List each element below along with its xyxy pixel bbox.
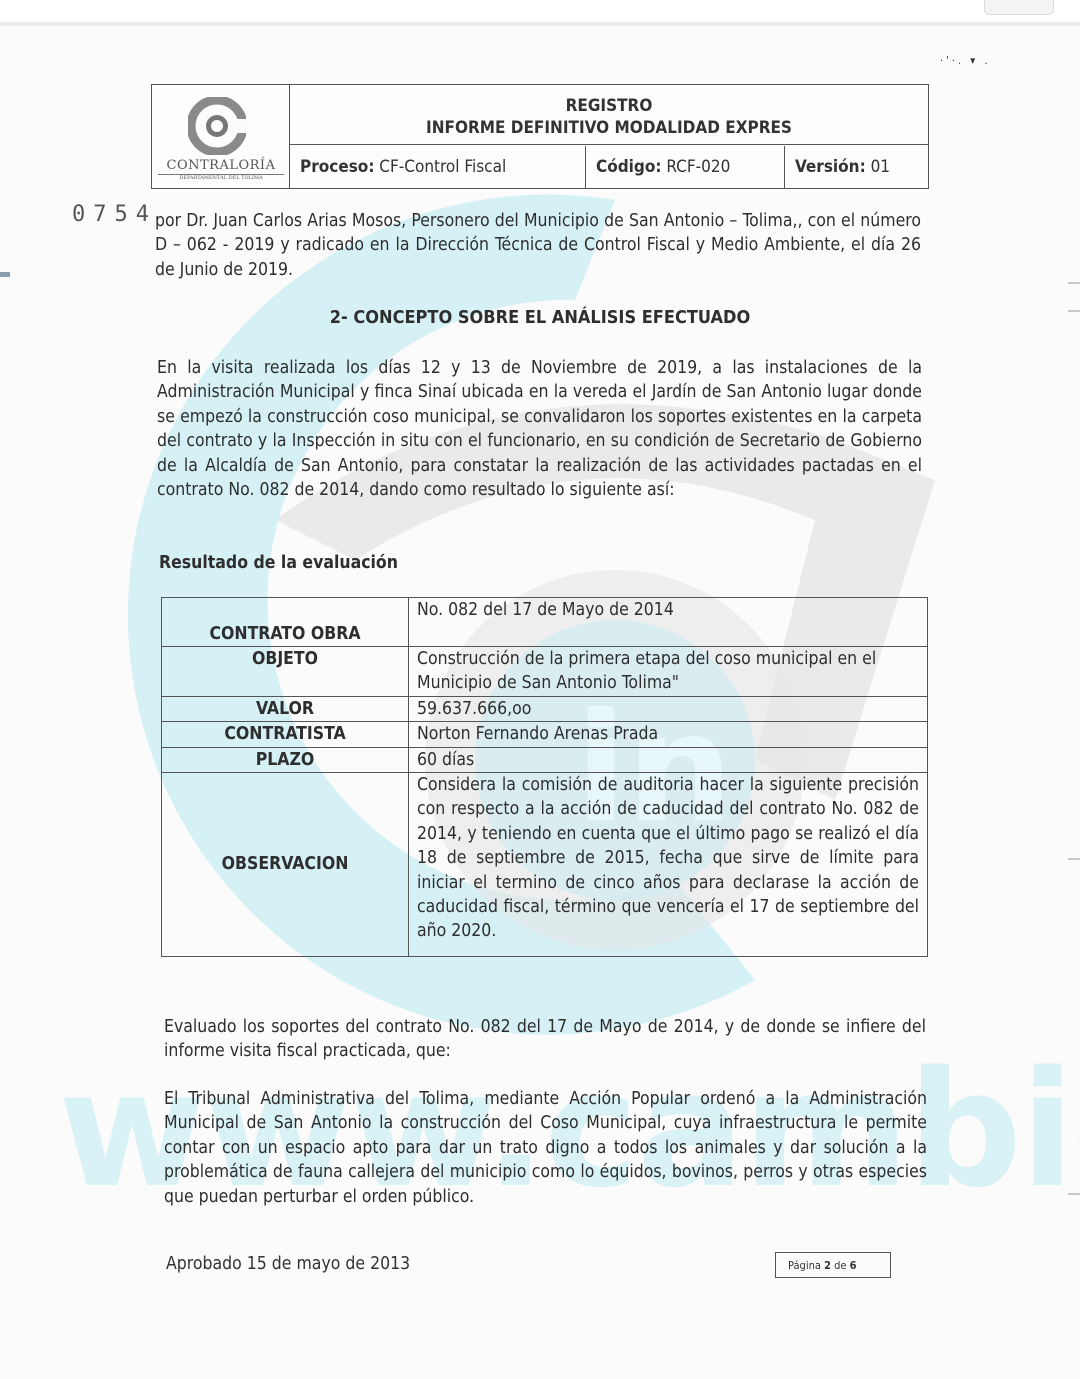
proceso-cell: Proceso: CF-Control Fiscal: [290, 146, 586, 188]
row-label: VALOR: [162, 696, 409, 721]
row-label: CONTRATISTA: [162, 722, 409, 747]
codigo-value: RCF-020: [666, 157, 730, 177]
proceso-value: CF-Control Fiscal: [379, 157, 506, 177]
version-label: Versión:: [795, 157, 866, 177]
page-indicator: Página 2 de 6: [775, 1252, 891, 1278]
row-value: 59.637.666,oo: [409, 696, 928, 721]
table-row: PLAZO 60 días: [162, 747, 928, 772]
title-line-1: REGISTRO: [290, 95, 928, 117]
viewer-top-bar: [0, 0, 1080, 26]
proceso-label: Proceso:: [300, 157, 374, 177]
row-label: PLAZO: [162, 747, 409, 772]
table-row: OBJETO Construcción de la primera etapa …: [162, 647, 928, 697]
approval-date: Aprobado 15 de mayo de 2013: [166, 1254, 410, 1274]
table-row: CONTRATO OBRA No. 082 del 17 de Mayo de …: [162, 598, 928, 647]
page-label: Página: [788, 1259, 821, 1272]
logo-name: CONTRALORÍA: [158, 158, 284, 173]
row-label: OBSERVACION: [162, 773, 409, 957]
row-value: 60 días: [409, 747, 928, 772]
title-line-2: INFORME DEFINITIVO MODALIDAD EXPRES: [290, 117, 928, 139]
tribunal-paragraph: El Tribunal Administrativa del Tolima, m…: [164, 1087, 927, 1209]
page-of: de: [834, 1259, 846, 1272]
table-row: CONTRATISTA Norton Fernando Arenas Prada: [162, 722, 928, 747]
stamp-number: 0754: [72, 202, 157, 227]
version-cell: Versión: 01: [785, 146, 928, 188]
row-label: OBJETO: [162, 647, 409, 697]
row-value: No. 082 del 17 de Mayo de 2014: [409, 598, 928, 647]
scan-specks: ·'·. ▾ .: [940, 54, 991, 67]
page-edge-marker: [1068, 858, 1080, 860]
row-value: Norton Fernando Arenas Prada: [409, 722, 928, 747]
results-table: CONTRATO OBRA No. 082 del 17 de Mayo de …: [161, 597, 928, 957]
evaluation-paragraph: Evaluado los soportes del contrato No. 0…: [164, 1015, 926, 1064]
contraloria-logo: CONTRALORÍA DEPARTAMENTAL DEL TOLIMA: [152, 85, 290, 188]
row-value: Considera la comisión de auditoria hacer…: [409, 773, 928, 957]
codigo-label: Código:: [596, 157, 662, 177]
viewer-menu-handle[interactable]: [984, 0, 1054, 15]
table-row: OBSERVACION Considera la comisión de aud…: [162, 773, 928, 957]
intro-paragraph: por Dr. Juan Carlos Arias Mosos, Persone…: [155, 209, 921, 282]
visit-paragraph: En la visita realizada los días 12 y 13 …: [157, 356, 922, 502]
results-heading: Resultado de la evaluación: [159, 553, 398, 573]
document-header: CONTRALORÍA DEPARTAMENTAL DEL TOLIMA REG…: [151, 84, 929, 189]
page-total: 6: [850, 1259, 857, 1272]
table-row: VALOR 59.637.666,oo: [162, 696, 928, 721]
page-edge-marker: [0, 272, 10, 277]
version-value: 01: [871, 157, 890, 177]
document-title: REGISTRO INFORME DEFINITIVO MODALIDAD EX…: [290, 85, 928, 145]
page-edge-marker: [1068, 282, 1080, 284]
contraloria-emblem-icon: [188, 97, 246, 155]
row-label: CONTRATO OBRA: [162, 598, 409, 647]
page-edge-marker: [1068, 310, 1080, 312]
logo-subtitle: DEPARTAMENTAL DEL TOLIMA: [158, 174, 284, 181]
codigo-cell: Código: RCF-020: [586, 146, 785, 188]
page-current: 2: [824, 1259, 831, 1272]
row-value: Construcción de la primera etapa del cos…: [409, 647, 928, 697]
section-heading: 2- CONCEPTO SOBRE EL ANÁLISIS EFECTUADO: [158, 307, 922, 328]
